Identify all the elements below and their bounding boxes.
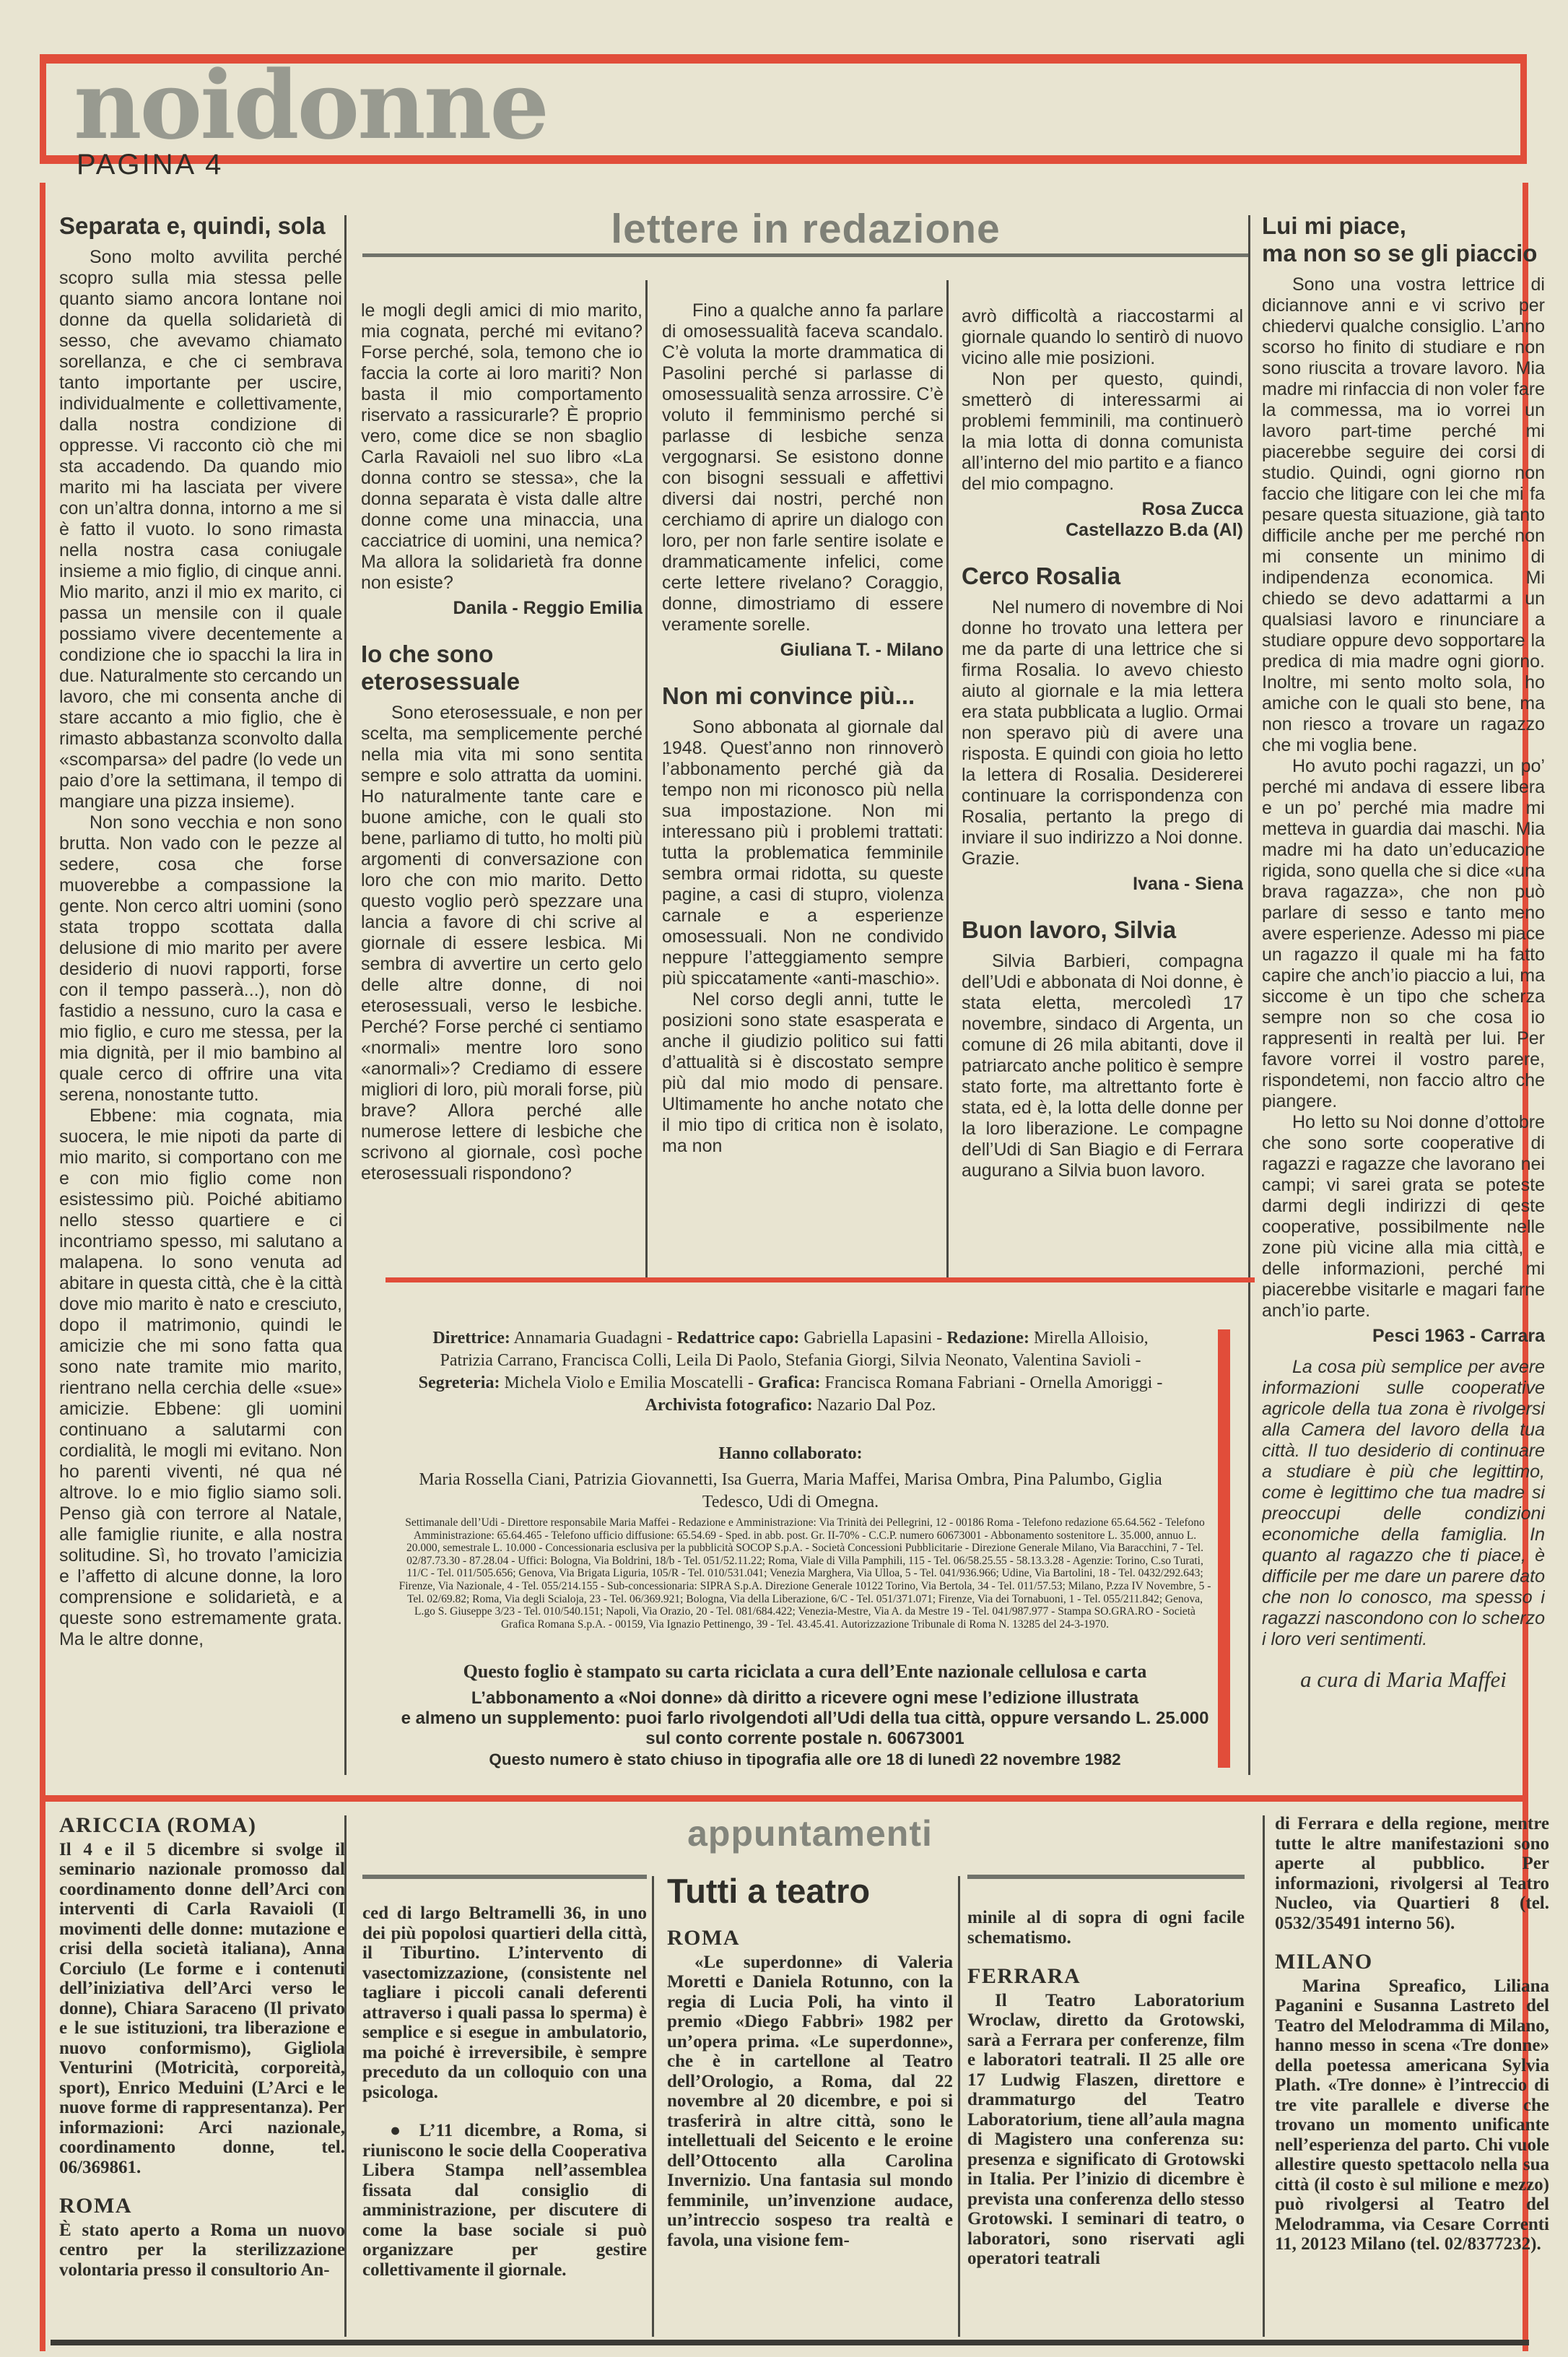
column-divider: [1248, 215, 1250, 1775]
event-paragraph: ced di largo Beltramelli 36, in uno dei …: [362, 1904, 647, 2102]
letter-paragraph: Sono abbonata al giornale dal 1948. Ques…: [662, 717, 944, 989]
subscription-notice-line-1: L’abbonamento a «Noi donne» dà diritto a…: [398, 1688, 1211, 1709]
letters-column-4: avrò difficoltà a riaccostarmi al giorna…: [962, 306, 1243, 1281]
subscription-notice-line-2: e almeno un supplemento: puoi farlo rivo…: [398, 1709, 1211, 1729]
event-paragraph: Il 4 e il 5 dicembre si svolge il semina…: [59, 1840, 345, 2178]
letter-paragraph: Fino a qualche anno fa parlare di omoses…: [662, 300, 944, 635]
letter-paragraph: avrò difficoltà a riaccostarmi al giorna…: [962, 306, 1243, 369]
colophon-fine-print: Settimanale dell’Udi - Direttore respons…: [398, 1516, 1211, 1631]
event-paragraph: «Le superdonne» di Valeria Moretti e Dan…: [667, 1953, 953, 2251]
letter-paragraph: Sono una vostra lettrice di diciannove a…: [1262, 274, 1545, 756]
colophon-role-label: Archivista fotografico:: [645, 1396, 813, 1415]
masthead-box: noidonne PAGINA 4: [40, 54, 1527, 164]
letters-title-rule: [362, 253, 1250, 257]
events-section-top-rule: [40, 1795, 1528, 1802]
colophon-contributors-heading: Hanno collaborato:: [404, 1444, 1177, 1464]
event-section-heading: Tutti a teatro: [667, 1873, 953, 1909]
events-column-1: ARICCIA (ROMA)Il 4 e il 5 dicembre si sv…: [59, 1815, 345, 2337]
colophon-role-label: Redattrice capo:: [676, 1329, 799, 1347]
letter-paragraph: Sono eterosessuale, e non per scelta, ma…: [361, 703, 643, 1184]
letter-paragraph: Non sono vecchia e non sono brutta. Non …: [59, 812, 342, 1106]
colophon-role-label: Segreteria:: [419, 1373, 500, 1392]
events-column-4: minile al di sopra di ogni facile schema…: [967, 1875, 1245, 2337]
editor-byline: a cura di Maria Maffei: [1262, 1669, 1545, 1690]
colophon-names: Gabriella Lapasini -: [799, 1329, 946, 1347]
event-city-heading: FERRARA: [967, 1966, 1245, 1987]
newspaper-logo: noidonne: [74, 68, 1520, 143]
letter-paragraph: Nel corso degli anni, tutte le posizioni…: [662, 989, 944, 1157]
colophon-contributors: Maria Rossella Ciani, Patrizia Giovannet…: [404, 1469, 1177, 1514]
letter-paragraph: Silvia Barbieri, compagna dell’Udi e abb…: [962, 951, 1243, 1181]
column-divider: [958, 1876, 960, 2337]
events-section-title: appuntamenti: [667, 1813, 953, 1854]
colophon-masthead: Direttrice: Annamaria Guadagni - Redattr…: [404, 1327, 1177, 1417]
letter-signature: Giuliana T. - Milano: [662, 640, 944, 661]
column-divider: [344, 215, 347, 1775]
letters-column-3: Fino a qualche anno fa parlare di omoses…: [662, 300, 944, 1281]
event-city-heading: ROMA: [59, 2196, 345, 2216]
editor-reply: La cosa più semplice per avere informazi…: [1262, 1357, 1545, 1650]
recycled-paper-notice: Questo foglio è stampato su carta ricicl…: [398, 1661, 1211, 1683]
event-city-heading: ARICCIA (ROMA): [59, 1815, 345, 1836]
event-paragraph: Marina Spreafico, Liliana Paganini e Sus…: [1275, 1976, 1549, 2254]
letter-paragraph: Ho letto su Noi donne d’ottobre che sono…: [1262, 1112, 1545, 1321]
letter-heading: Io che sono eterosessuale: [361, 641, 643, 695]
event-paragraph: ● L’11 dicembre, a Roma, si riuniscono l…: [362, 2121, 647, 2280]
letter-signature: Ivana - Siena: [962, 874, 1243, 895]
letter-heading: Separata e, quindi, sola: [59, 212, 342, 240]
letter-paragraph: le mogli degli amici di mio marito, mia …: [361, 300, 643, 594]
letter-paragraph: Ho avuto pochi ragazzi, un po’ perché mi…: [1262, 756, 1545, 1112]
event-city-heading: ROMA: [667, 1928, 953, 1948]
column-divider: [1263, 1815, 1265, 2337]
letter-paragraph: Nel numero di novembre di Noi donne ho t…: [962, 597, 1243, 869]
colophon-role-label: Grafica:: [758, 1373, 821, 1392]
letters-column-5: Lui mi piace, ma non so se gli piaccioSo…: [1262, 212, 1545, 1776]
event-paragraph: Il Teatro Laboratorium Wroclaw, diretto …: [967, 1991, 1245, 2269]
events-column-3: Tutti a teatroROMA«Le superdonne» di Val…: [667, 1873, 953, 2337]
letter-heading: Lui mi piace, ma non so se gli piaccio: [1262, 212, 1545, 267]
column-divider: [344, 1815, 347, 2337]
page-bottom-rule: [51, 2340, 1529, 2345]
event-paragraph: minile al di sopra di ogni facile schema…: [967, 1908, 1245, 1948]
letter-signature: Pesci 1963 - Carrara: [1262, 1326, 1545, 1347]
closing-date-notice: Questo numero è stato chiuso in tipograf…: [398, 1750, 1211, 1769]
letter-paragraph: Ebbene: mia cognata, mia suocera, le mie…: [59, 1106, 342, 1650]
colophon-names: Francisca Romana Fabriani - Ornella Amor…: [820, 1373, 1162, 1392]
letter-heading: Cerco Rosalia: [962, 563, 1243, 590]
letter-paragraph: Non per questo, quindi, smetterò di inte…: [962, 369, 1243, 495]
events-column-5: di Ferrara e della regione, mentre tutte…: [1275, 1814, 1549, 2337]
letter-heading: Buon lavoro, Silvia: [962, 916, 1243, 944]
event-city-heading: MILANO: [1275, 1952, 1549, 1972]
letter-signature: Danila - Reggio Emilia: [361, 598, 643, 619]
letters-section-title: lettere in redazione: [361, 205, 1250, 253]
colophon-names: Nazario Dal Poz.: [813, 1396, 936, 1415]
colophon-role-label: Direttrice:: [432, 1329, 510, 1347]
letter-heading: Non mi convince più...: [662, 682, 944, 710]
colophon-top-rule: [386, 1277, 1255, 1282]
postal-account-notice: sul conto corrente postale n. 60673001: [398, 1729, 1211, 1749]
colophon-role-label: Redazione:: [946, 1329, 1029, 1347]
event-paragraph: di Ferrara e della regione, mentre tutte…: [1275, 1814, 1549, 1933]
colophon-names: Annamaria Guadagni -: [510, 1329, 677, 1347]
letters-column-2: le mogli degli amici di mio marito, mia …: [361, 300, 643, 1281]
newspaper-page: noidonne PAGINA 4 lettere in redazione S…: [0, 0, 1568, 2357]
left-red-border: [40, 183, 45, 2351]
letter-signature: Rosa Zucca Castellazzo B.da (Al): [962, 499, 1243, 541]
letter-paragraph: Sono molto avvilita perché scopro sulla …: [59, 247, 342, 812]
column-divider: [645, 280, 648, 1282]
colophon-names: Michela Violo e Emilia Moscatelli -: [500, 1373, 757, 1392]
column-divider: [652, 1876, 654, 2337]
column-divider: [946, 280, 949, 1282]
event-paragraph: È stato aperto a Roma un nuovo centro pe…: [59, 2221, 345, 2280]
events-column-2: ced di largo Beltramelli 36, in uno dei …: [362, 1875, 647, 2337]
letters-column-1: Separata e, quindi, solaSono molto avvil…: [59, 212, 342, 1776]
colophon-red-bar: [1218, 1329, 1230, 1768]
